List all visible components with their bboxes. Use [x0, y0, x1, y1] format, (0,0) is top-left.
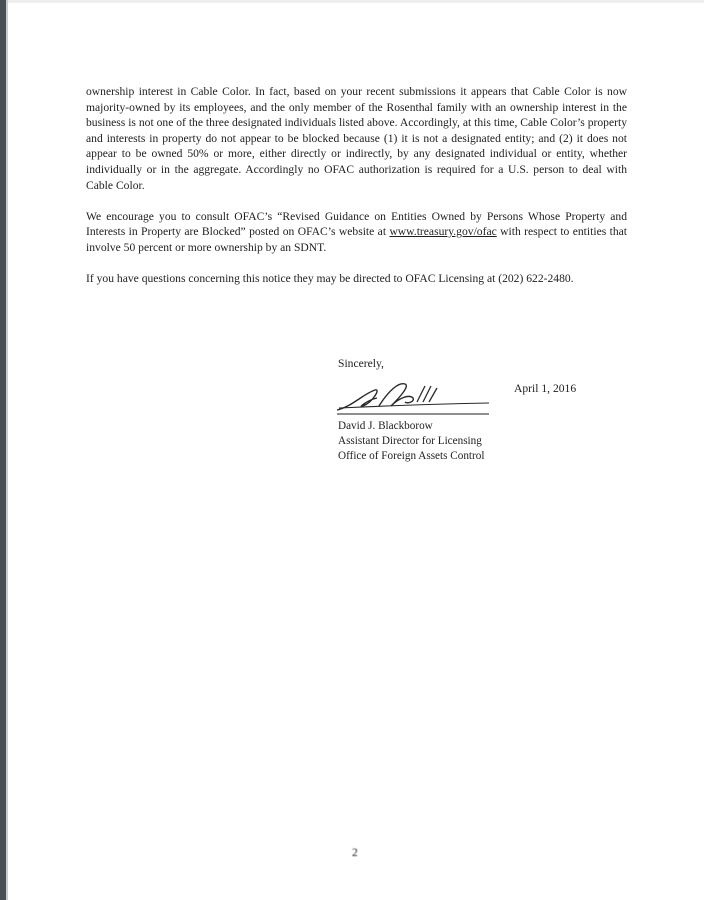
signatory-title: Assistant Director for Licensing: [338, 434, 484, 449]
viewer-left-border-shade: [6, 0, 8, 900]
letter-date: April 1, 2016: [514, 381, 576, 397]
signatory-office: Office of Foreign Assets Control: [338, 449, 484, 464]
document-body: ownership interest in Cable Color. In fa…: [86, 84, 627, 302]
paragraph-questions: If you have questions concerning this no…: [86, 271, 627, 287]
paragraph-guidance: We encourage you to consult OFAC’s “Revi…: [86, 209, 627, 256]
treasury-link[interactable]: www.treasury.gov/ofac: [389, 225, 496, 238]
page-top-shade: [8, 0, 704, 3]
closing-salutation: Sincerely,: [338, 356, 384, 372]
signatory-name: David J. Blackborow: [338, 419, 484, 434]
signature-icon: [333, 376, 503, 416]
signature-block: David J. Blackborow Assistant Director f…: [338, 419, 484, 465]
page-number: 2: [352, 846, 358, 860]
paragraph-ownership: ownership interest in Cable Color. In fa…: [86, 84, 627, 193]
